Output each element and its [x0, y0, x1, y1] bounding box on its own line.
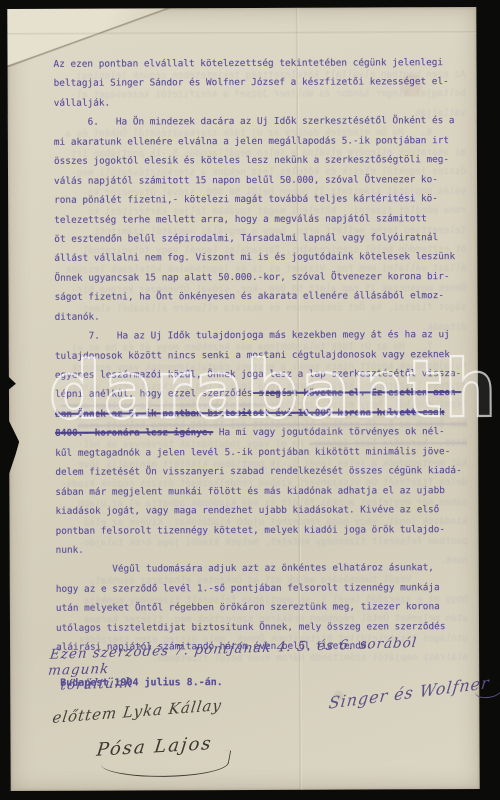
typed-line: ditanók. — [55, 306, 469, 327]
typed-line: egyenes leszármazói közűl, Önnek joga le… — [55, 364, 469, 385]
typed-line: vállalják. — [54, 92, 468, 113]
typed-line: 7. Ha az Uj Idők tulajdonjoga más kezekb… — [55, 325, 469, 346]
typed-line: után melyeket Öntől régebben örökáron sz… — [56, 597, 470, 618]
left-edge-tear-large — [7, 417, 19, 479]
typed-line: összes jogoktól elesik és köteles lesz n… — [54, 150, 468, 171]
typed-line: válás napjától számitott 15 napon belűl … — [54, 170, 468, 191]
typed-line: pontban felsorolt tizennégy kötetet, mel… — [56, 520, 470, 541]
typed-line: telezettség terhe mellett arra, hogy a m… — [54, 209, 468, 230]
typed-line: Az ezen pontban elvállalt kötelezettség … — [53, 53, 467, 74]
typed-line: nunk. — [56, 539, 470, 560]
typed-line: állást vállalni nem fog. Viszont mi is é… — [54, 247, 468, 268]
typed-line: delem fizetését Ön visszanyeri szabad re… — [55, 461, 469, 482]
typed-line: lépni anélkűl, hogy ezzel szerződés-szeg… — [55, 383, 469, 404]
signature-witness: előttem Lyka Kállay — [51, 696, 223, 727]
dateline: Budapest 1904 julius 8.-án. — [60, 677, 223, 689]
typed-line: mi akaratunk ellenére elválna a jelen me… — [54, 131, 468, 152]
typed-line: hogy az e szerződő levél 1.-ső pontjában… — [56, 578, 470, 599]
signature-posa-lajos: Pósa Lajos — [95, 733, 214, 761]
typed-line: beltagjai Singer Sándor és Wolfner Józse… — [54, 72, 468, 93]
typed-line: Önnek ugyancsak 15 nap alatt 50.000.-kor… — [54, 267, 468, 288]
typed-line: Végűl tudomására adjuk azt az önkéntes e… — [56, 558, 470, 579]
typed-line: 8400.- koronára lesz igénye. Ha mi vagy … — [55, 422, 469, 443]
scan-photo-background: { "document": { "kind": "typewritten con… — [0, 0, 500, 800]
typed-line: kűl megtagadnók a jelen levél 5.-ik pont… — [55, 442, 469, 463]
left-edge-tear-small — [7, 375, 16, 391]
typed-line: kiadások jogát, vagy maga rendezhet ujab… — [55, 500, 469, 521]
scan-photo: Az ezen pontban elvállalt kötelezettség … — [0, 0, 500, 800]
typed-line: ságot fizetni, ha Önt önkényesen és akar… — [55, 286, 469, 307]
typed-line: öt esztendőn belűl szépirodalmi, Társada… — [54, 228, 468, 249]
typed-line: sában már megjelent munkái fölött és más… — [55, 481, 469, 502]
typed-line: tulajdonosok között nincs senki a mostan… — [55, 345, 469, 366]
typed-line: 6. Ha Ön mindezek dacára az Uj Idők szer… — [54, 111, 468, 132]
horizontal-crease — [7, 31, 476, 36]
typed-line: rona pönálét fizetni,- kötelezi magát to… — [54, 189, 468, 210]
typed-text: Az ezen pontban elvállalt kötelezettség … — [53, 53, 470, 657]
paper-sheet: Az ezen pontban elvállalt kötelezettség … — [7, 7, 479, 791]
typed-line: ban Önnek az 5.-ik pontban biztositott é… — [55, 403, 469, 424]
